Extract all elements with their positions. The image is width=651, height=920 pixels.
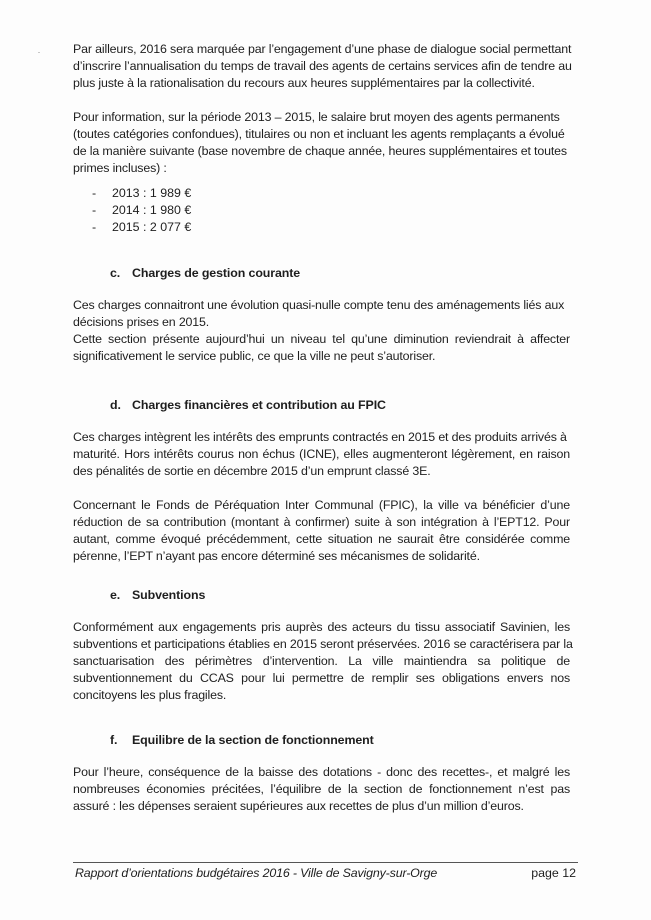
text-line: Ces charges intègrent les intérêts des e…: [73, 429, 570, 446]
text-line: plus juste à la rationalisation du recou…: [73, 75, 570, 92]
paragraph-social-dialogue: Par ailleurs, 2016 sera marquée par l’en…: [73, 41, 570, 92]
text-line: des pénalités de sortie en décembre 2015…: [73, 463, 570, 480]
bullet-dash: -: [92, 185, 96, 202]
text-line: sanctuarisation des périmètres d’interve…: [73, 653, 570, 670]
list-item: - 2015 : 2 077 €: [92, 219, 191, 236]
text-line: assuré : les dépenses seraient supérieur…: [73, 798, 570, 815]
text-line: subventions et participations établies e…: [73, 636, 570, 653]
paragraph-charges-financieres: Ces charges intègrent les intérêts des e…: [73, 429, 570, 480]
text-line: Cette section présente aujourd’hui un ni…: [73, 331, 570, 348]
text-line: Pour l’heure, conséquence de la baisse d…: [73, 764, 570, 781]
section-heading-e: e.Subventions: [110, 587, 205, 604]
text-line: de la manière suivante (base novembre de…: [73, 143, 570, 160]
text-line: concitoyens les plus fragiles.: [73, 687, 570, 704]
text-line: Concernant le Fonds de Péréquation Inter…: [73, 497, 570, 514]
footer-title: Rapport d’orientations budgétaires 2016 …: [75, 866, 437, 880]
text-line: d’inscrire l’annualisation du temps de t…: [73, 58, 570, 75]
text-line: significativement le service public, ce …: [73, 348, 570, 365]
section-letter: e.: [110, 587, 132, 604]
text-line: subventionnement du CCAS pour lui permet…: [73, 670, 570, 687]
bullet-dash: -: [92, 202, 96, 219]
document-page: Par ailleurs, 2016 sera marquée par l’en…: [0, 0, 651, 920]
section-letter: d.: [110, 397, 132, 414]
scan-artifact: [38, 52, 40, 53]
section-heading-f: f.Equilibre de la section de fonctionnem…: [110, 732, 374, 749]
bullet-dash: -: [92, 219, 96, 236]
section-heading-d: d.Charges financières et contribution au…: [110, 397, 386, 414]
section-title: Charges financières et contribution au F…: [132, 398, 386, 412]
paragraph-salary-info: Pour information, sur la période 2013 – …: [73, 109, 570, 177]
paragraph-fpic: Concernant le Fonds de Péréquation Inter…: [73, 497, 570, 565]
text-line: Par ailleurs, 2016 sera marquée par l’en…: [73, 41, 570, 58]
list-item: - 2014 : 1 980 €: [92, 202, 191, 219]
paragraph-subventions: Conformément aux engagements pris auprès…: [73, 619, 570, 704]
text-line: pérenne, l’EPT n’ayant pas encore déterm…: [73, 548, 570, 565]
text-line: autant, comme évoqué précédemment, cette…: [73, 531, 570, 548]
text-line: maturité. Hors intérêts courus non échus…: [73, 446, 570, 463]
paragraph-charges-gestion: Ces charges connaitront une évolution qu…: [73, 297, 570, 365]
text-line: primes incluses) :: [73, 160, 570, 177]
list-item: - 2013 : 1 989 €: [92, 185, 191, 202]
list-item-label: 2013 : 1 989 €: [112, 186, 191, 200]
page-number: page 12: [531, 866, 576, 880]
paragraph-equilibre: Pour l’heure, conséquence de la baisse d…: [73, 764, 570, 815]
section-letter: f.: [110, 732, 132, 749]
text-line: nombreuses économies précitées, l’équili…: [73, 781, 570, 798]
section-title: Subventions: [132, 588, 205, 602]
list-item-label: 2015 : 2 077 €: [112, 220, 191, 234]
list-item-label: 2014 : 1 980 €: [112, 203, 191, 217]
section-heading-c: c.Charges de gestion courante: [110, 265, 300, 282]
text-line: Conformément aux engagements pris auprès…: [73, 619, 570, 636]
footer-divider: [73, 862, 578, 863]
text-line: décisions prises en 2015.: [73, 314, 570, 331]
section-title: Equilibre de la section de fonctionnemen…: [132, 733, 374, 747]
text-line: Pour information, sur la période 2013 – …: [73, 109, 570, 126]
section-title: Charges de gestion courante: [132, 266, 300, 280]
text-line: réduction de sa contribution (montant à …: [73, 514, 570, 531]
text-line: (toutes catégories confondues), titulair…: [73, 126, 570, 143]
salary-list: - 2013 : 1 989 € - 2014 : 1 980 € - 2015…: [92, 185, 191, 236]
text-line: Ces charges connaitront une évolution qu…: [73, 297, 570, 314]
section-letter: c.: [110, 265, 132, 282]
